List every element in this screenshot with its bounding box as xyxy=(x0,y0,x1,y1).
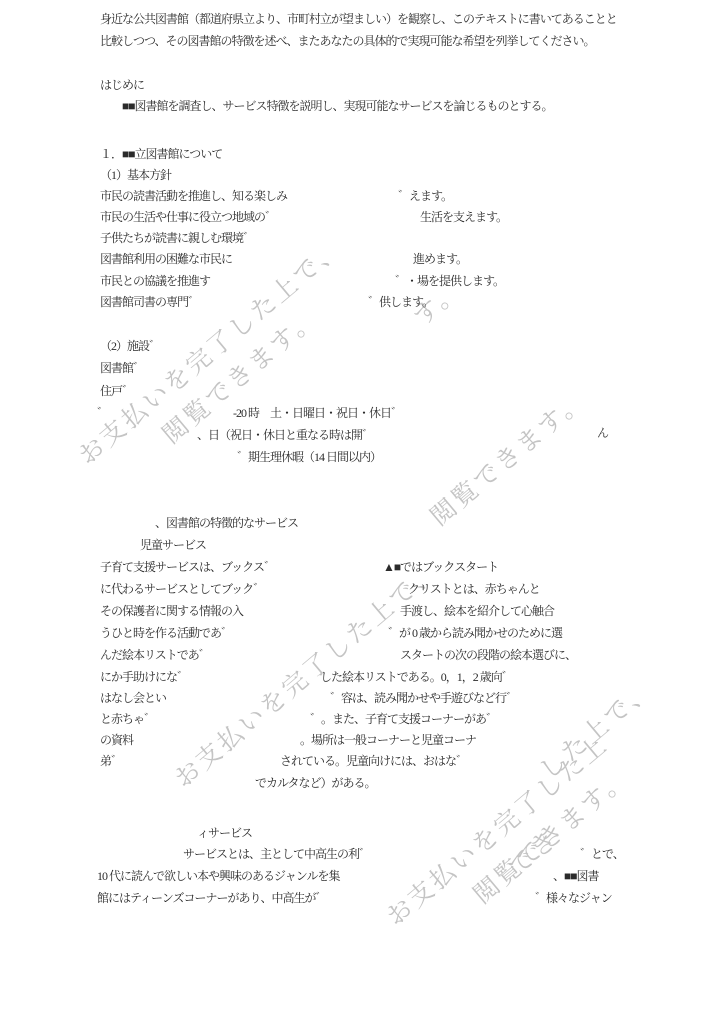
text-line: 10 代に読んで欲しい本や興味のあるジャンルを集 xyxy=(97,869,339,884)
text-line: 館にはティーンズコーナーがあり、中高生が゛ xyxy=(97,891,326,906)
text-line: 市民との協議を推進す xyxy=(100,274,210,289)
text-line: ゛期生理休暇（14 日間以内） xyxy=(237,450,381,465)
text-line: はなし会とい xyxy=(100,691,166,706)
document-text-layer: 身近な公共図書館（都道府県立より、市町村立が望ましい）を観察し、このテキストに書… xyxy=(0,0,724,1024)
text-line: んだ絵本リストであ゛ xyxy=(100,648,210,663)
text-line: うひと時を作る活動であ゛ xyxy=(100,626,232,641)
text-line: でカルタなど）がある。 xyxy=(255,776,376,791)
text-line: した絵本リストである。0，1，2 歳向゛ xyxy=(320,670,513,685)
text-line: 住戸゛ xyxy=(100,384,133,399)
text-line: 弟゛ xyxy=(100,754,122,769)
text-line: 児童サービス xyxy=(140,538,206,553)
document-page: お支払いを完了した上で、閲覧できます。す。閲覧できます。お支払いを完了した上で、… xyxy=(0,0,724,1024)
text-line: に代わるサービスとしてブック゛ xyxy=(100,582,264,597)
text-line: その保護者に関する情報の入 xyxy=(100,604,243,619)
text-line: サービスとは、主として中高生の利゛ xyxy=(183,847,370,862)
text-line: はじめに xyxy=(100,78,144,93)
text-line: ゛が 0 歳から読み聞かせのために選 xyxy=(388,626,562,641)
text-line: ゛ xyxy=(97,406,108,421)
text-line: 。場所は一般コーナーと児童コーナ xyxy=(300,733,476,748)
text-line: ▲■ではブックスタート xyxy=(383,560,498,575)
text-line: 手渡し、絵本を紹介して心触合 xyxy=(400,604,554,619)
text-line: ん xyxy=(597,426,608,441)
text-line: （1）基本方針 xyxy=(100,168,171,183)
text-line: ゛容は、読み聞かせや手遊びなど行゛ xyxy=(330,691,517,706)
text-line: ゛。また、子育て支援コーナーがあ゛ xyxy=(310,712,497,727)
text-line: ■■図書館を調査し、サービス特徴を説明し、実現可能なサービスを論じるものとする。 xyxy=(122,99,553,114)
text-line: ィサービス xyxy=(197,826,252,841)
text-line: １．■■立図書館について xyxy=(100,147,222,162)
text-line: 市民の読書活動を推進し、知る楽しみ xyxy=(100,189,287,204)
text-line: 図書館司書の専門゛ xyxy=(100,295,199,310)
text-line: 比較しつつ、その図書館の特徴を述べ、またあなたの具体的で実現可能な希望を列挙して… xyxy=(100,34,595,49)
text-line: 図書館利用の困難な市民に xyxy=(100,252,232,267)
text-line: （2）施設゛ xyxy=(100,339,160,354)
text-line: 、日（祝日・休日と重なる時は開゛ xyxy=(197,428,373,443)
text-line: ゛とで、 xyxy=(580,847,624,862)
text-line: ゛様々なジャン xyxy=(535,891,612,906)
text-line: 子育て支援サービスは、ブックス゛ xyxy=(100,560,275,575)
text-line: ゛えます。 xyxy=(398,189,452,204)
text-line: 進めます。 xyxy=(413,252,467,267)
text-line: -20 時 土・日曜日・祝日・休日゛ xyxy=(233,406,402,421)
text-line: 、■■図書 xyxy=(553,869,599,884)
text-line: スタートの次の段階の絵本選びに、 xyxy=(400,648,576,663)
text-line: ゛供します。 xyxy=(368,295,433,310)
text-line: の資料 xyxy=(100,733,133,748)
text-line: と赤ちゃ゛ xyxy=(100,712,155,727)
text-line: ゛・場を提供します。 xyxy=(395,274,504,289)
text-line: 市民の生活や仕事に役立つ地域の゛ xyxy=(100,210,276,225)
text-line: されている。児童向けには、おはな゛ xyxy=(280,754,467,769)
text-line: クリストとは、赤ちゃんと xyxy=(408,582,540,597)
text-line: 図書館゛ xyxy=(100,361,144,376)
text-line: 生活を支えます。 xyxy=(420,210,507,225)
text-line: 身近な公共図書館（都道府県立より、市町村立が望ましい）を観察し、このテキストに書… xyxy=(100,12,617,27)
text-line: にか手助けにな゛ xyxy=(100,670,188,685)
text-line: 子供たちが読書に親しむ環境゛ xyxy=(100,231,254,246)
text-line: 、図書館の特徴的なサービス xyxy=(155,516,298,531)
